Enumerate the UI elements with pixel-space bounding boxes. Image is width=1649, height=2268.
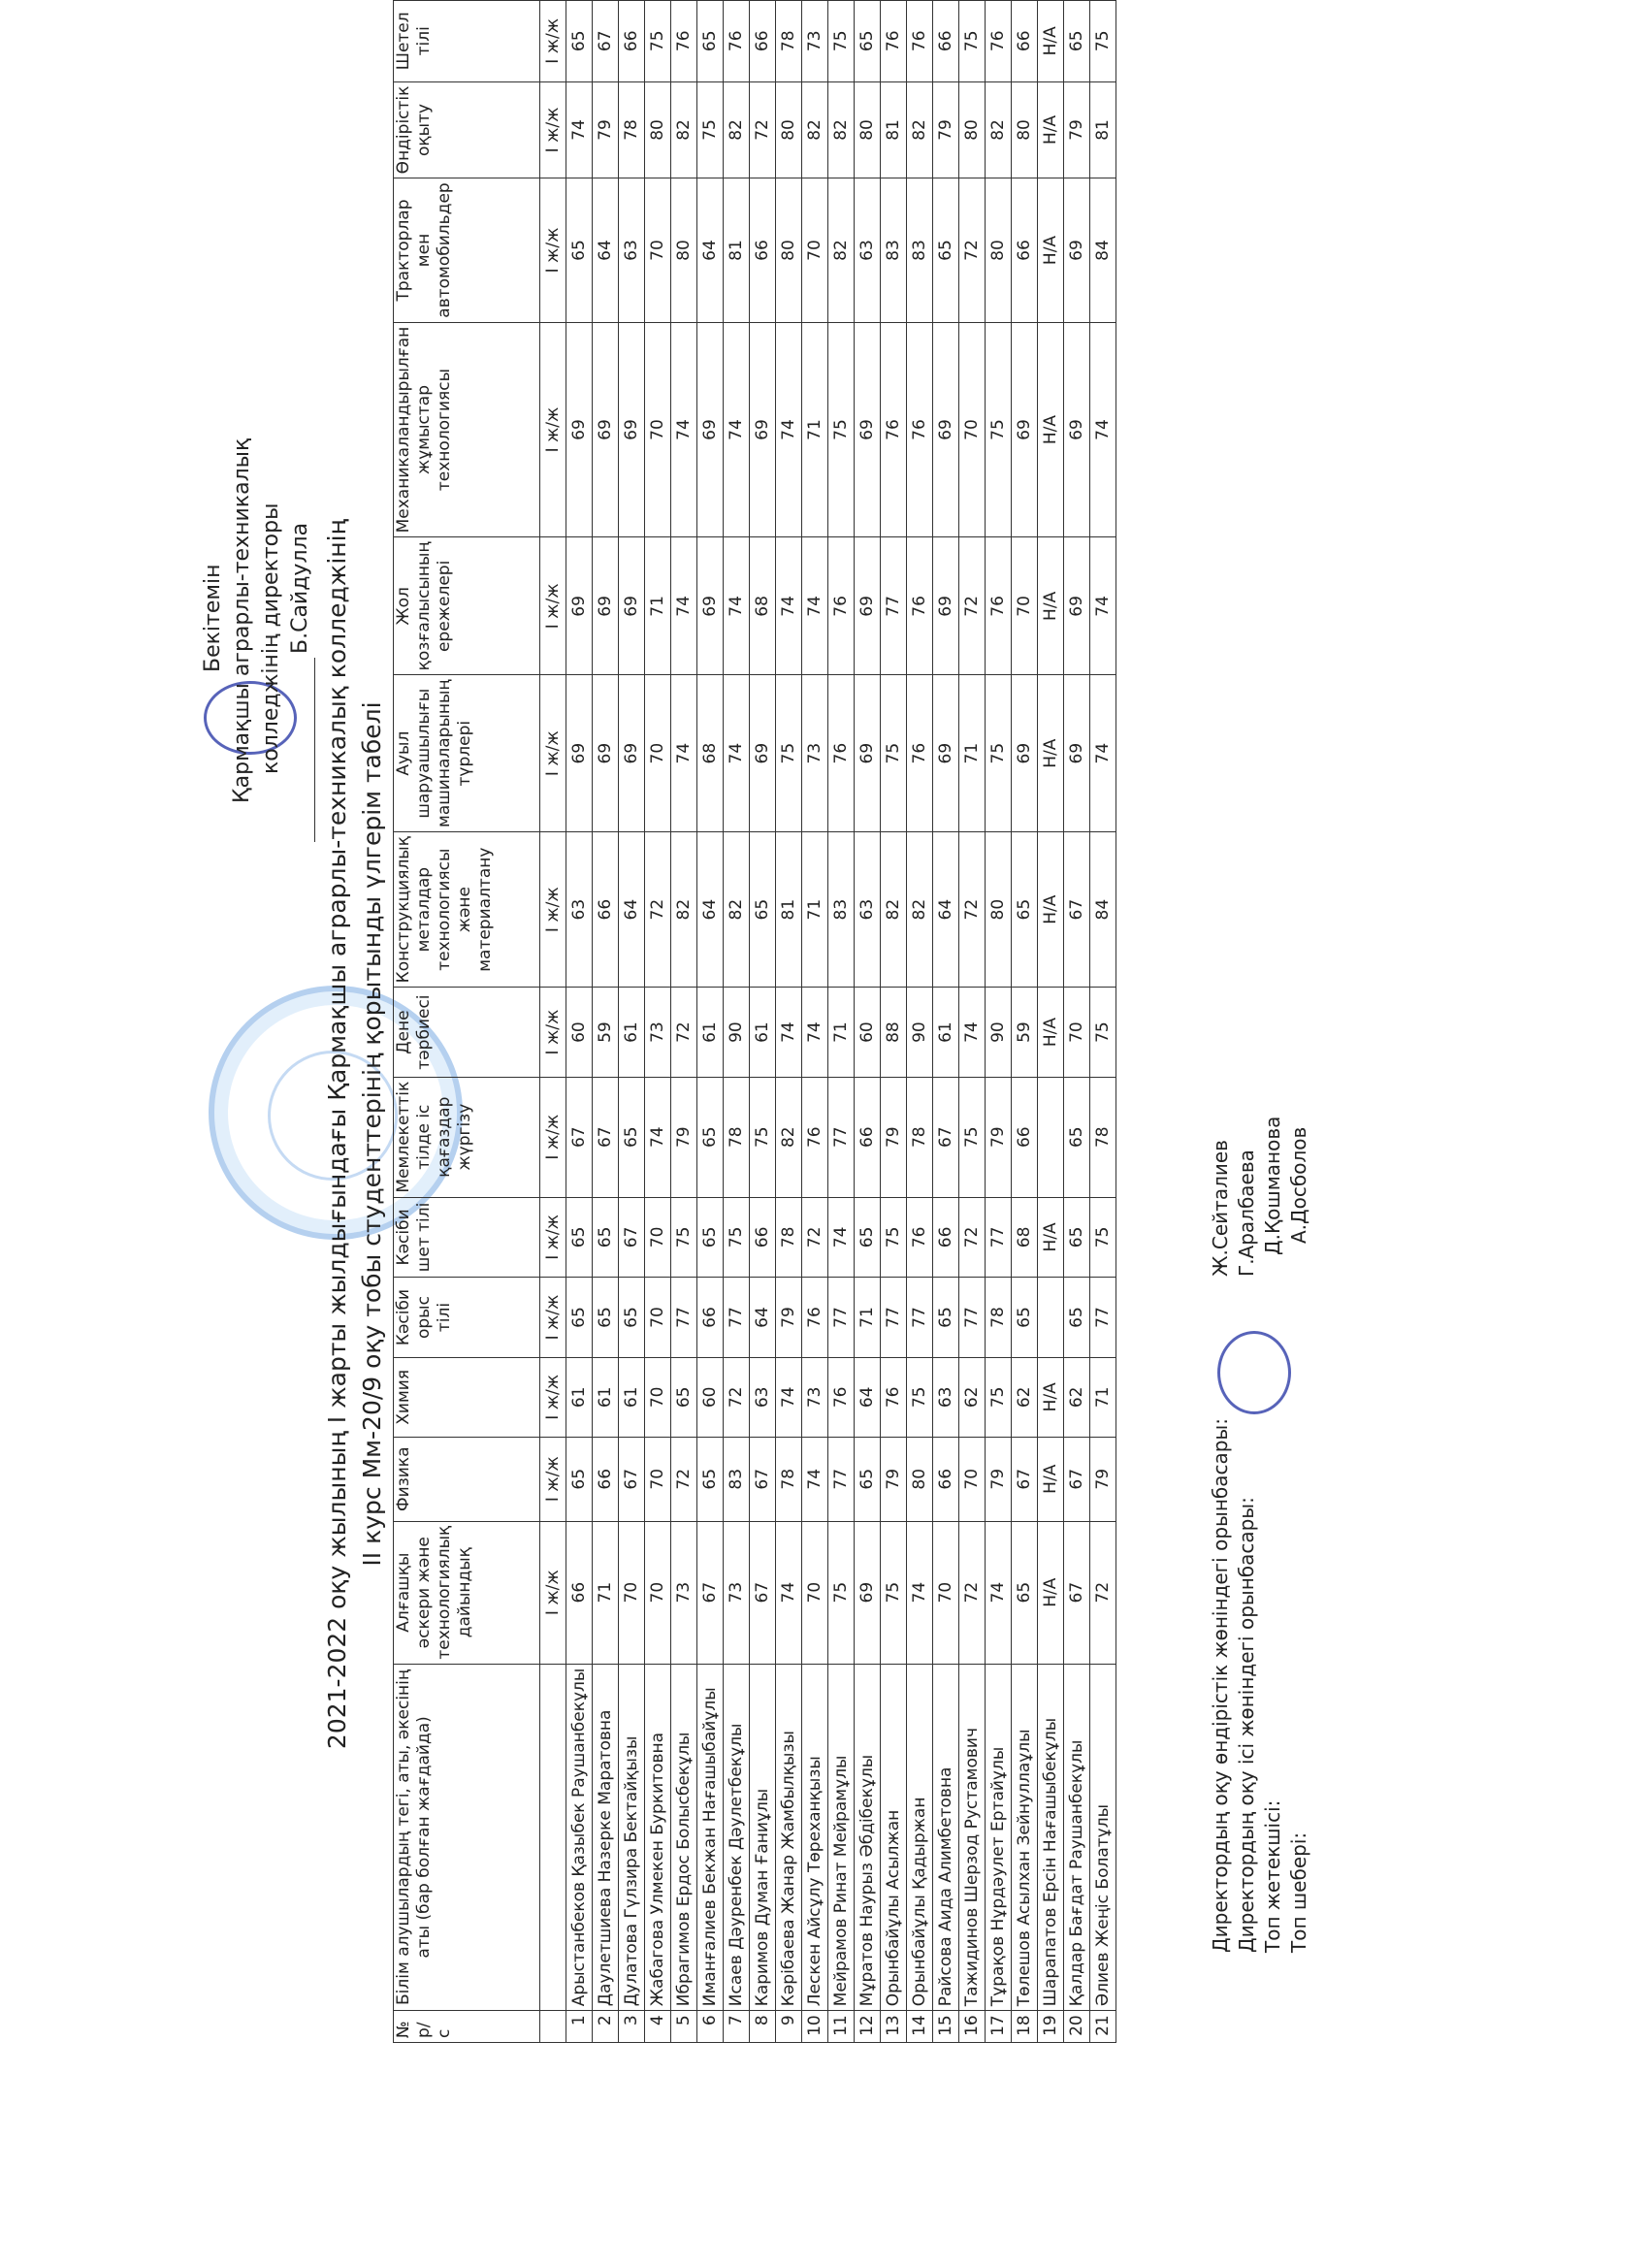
grade-cell: 74 xyxy=(645,1077,671,1197)
subject-header: Конструкциялық металдар технологиясы жән… xyxy=(394,832,540,988)
approval-block: Бекітемін Қармақшы аграрлы-техникалық ко… xyxy=(199,438,315,842)
grade-cell: 73 xyxy=(802,1,828,82)
grade-cell: 75 xyxy=(724,1197,750,1278)
grade-cell: 76 xyxy=(907,537,933,675)
grade-cell: 69 xyxy=(566,675,593,832)
grade-cell: 72 xyxy=(959,178,986,322)
grade-cell: 90 xyxy=(724,988,750,1077)
row-number: 12 xyxy=(855,2011,881,2043)
grade-cell: 70 xyxy=(645,1278,671,1358)
grade-cell: 75 xyxy=(881,675,907,832)
grade-cell: 65 xyxy=(697,1077,724,1197)
grade-cell: 70 xyxy=(959,1437,986,1521)
approval-heading: Бекітемін xyxy=(199,438,228,842)
grade-cell: 60 xyxy=(566,988,593,1077)
grade-cell: 80 xyxy=(986,178,1012,322)
grade-cell: 64 xyxy=(697,832,724,988)
subject-header: Физика xyxy=(394,1437,540,1521)
grade-cell: 59 xyxy=(1012,988,1038,1077)
row-number: 6 xyxy=(697,2011,724,2043)
grade-cell: 74 xyxy=(776,322,802,537)
grade-cell: 67 xyxy=(619,1197,645,1278)
grade-cell: 73 xyxy=(802,1357,828,1437)
grade-cell: 67 xyxy=(750,1521,776,1664)
grade-cell: 69 xyxy=(855,322,881,537)
grade-cell: 78 xyxy=(619,81,645,178)
grade-cell: 70 xyxy=(1012,537,1038,675)
subject-header: Тракторлар мен автомобильдер xyxy=(394,178,540,322)
table-row: 20Қалдар Бағдат Раушанбекұлы676762656565… xyxy=(1064,1,1090,2043)
grade-cell: 64 xyxy=(933,832,959,988)
document-sheet: Бекітемін Қармақшы аграрлы-техникалық ко… xyxy=(0,0,1649,2268)
grade-cell: 69 xyxy=(566,537,593,675)
grade-cell: 74 xyxy=(802,537,828,675)
grade-cell: 65 xyxy=(855,1197,881,1278)
title-line2: II курс Мм-20/9 оқу тобы студенттерінің … xyxy=(355,0,390,2268)
grade-cell: 65 xyxy=(1012,832,1038,988)
student-name: Тұрақов Нұрдәулет Ертайұлы xyxy=(986,1664,1012,2011)
grade-cell: 67 xyxy=(566,1077,593,1197)
grade-cell: 66 xyxy=(750,178,776,322)
grade-cell: 74 xyxy=(959,988,986,1077)
grade-cell: 70 xyxy=(645,1197,671,1278)
grade-cell: Н/А xyxy=(1038,1,1064,82)
grade-cell: 84 xyxy=(1090,832,1116,988)
grade-cell: 61 xyxy=(619,1357,645,1437)
grade-cell: 75 xyxy=(986,1357,1012,1437)
grade-cell: 74 xyxy=(776,1357,802,1437)
footer-role: Топ жетекшісі: xyxy=(1260,1418,1286,1953)
footer-name: Д.Қошманова xyxy=(1260,1117,1286,1277)
grade-cell: Н/А xyxy=(1038,322,1064,537)
grade-cell: 73 xyxy=(802,675,828,832)
grade-cell: 76 xyxy=(986,537,1012,675)
grade-cell: 74 xyxy=(1090,675,1116,832)
grade-cell: 80 xyxy=(671,178,697,322)
row-number: 13 xyxy=(881,2011,907,2043)
grade-cell: Н/А xyxy=(1038,81,1064,178)
row-number: 5 xyxy=(671,2011,697,2043)
grade-cell: 72 xyxy=(671,1437,697,1521)
table-row: 12Мұратов Наурыз Әбдібекұлы6965647165666… xyxy=(855,1,881,2043)
grade-cell: 81 xyxy=(776,832,802,988)
grade-cell: 80 xyxy=(645,81,671,178)
grade-cell: 65 xyxy=(566,1,593,82)
grade-cell: 80 xyxy=(1012,81,1038,178)
grade-cell: 65 xyxy=(750,832,776,988)
grade-period-label: I ж/ж xyxy=(540,537,566,675)
grade-cell: 65 xyxy=(1064,1278,1090,1358)
grade-cell: 69 xyxy=(697,322,724,537)
grade-cell: 63 xyxy=(750,1357,776,1437)
student-name: Каримов Думан Ғаниұлы xyxy=(750,1664,776,2011)
grade-cell: 74 xyxy=(566,81,593,178)
row-number: 7 xyxy=(724,2011,750,2043)
grade-cell: 69 xyxy=(1064,322,1090,537)
grade-cell: 65 xyxy=(593,1197,619,1278)
grade-cell: 74 xyxy=(907,1521,933,1664)
grade-cell xyxy=(1038,1278,1064,1358)
grade-cell: 74 xyxy=(802,988,828,1077)
grade-cell: 65 xyxy=(1064,1,1090,82)
grade-cell: 65 xyxy=(566,1278,593,1358)
table-row: 17Тұрақов Нұрдәулет Ертайұлы747975787779… xyxy=(986,1,1012,2043)
grade-cell: 76 xyxy=(828,1357,855,1437)
grade-cell: 78 xyxy=(776,1197,802,1278)
grade-cell: 80 xyxy=(907,1437,933,1521)
grade-cell: 67 xyxy=(1064,1437,1090,1521)
grade-cell: 61 xyxy=(566,1357,593,1437)
grade-cell: 74 xyxy=(724,537,750,675)
grade-cell: 82 xyxy=(907,832,933,988)
grade-period-label: I ж/ж xyxy=(540,1521,566,1664)
grade-cell: 69 xyxy=(1012,322,1038,537)
grade-cell: 67 xyxy=(750,1437,776,1521)
student-name: Исаев Дәуренбек Дәулетбекұлы xyxy=(724,1664,750,2011)
grade-cell: 77 xyxy=(907,1278,933,1358)
row-number: 1 xyxy=(566,2011,593,2043)
grade-cell: 66 xyxy=(933,1197,959,1278)
student-name: Қалдар Бағдат Раушанбекұлы xyxy=(1064,1664,1090,2011)
grade-cell: 90 xyxy=(986,988,1012,1077)
student-name: Ибрагимов Ердос Болысбекұлы xyxy=(671,1664,697,2011)
grade-cell: 65 xyxy=(671,1357,697,1437)
grade-cell: 74 xyxy=(1090,322,1116,537)
grade-cell: 76 xyxy=(986,1,1012,82)
grade-cell: 65 xyxy=(1012,1278,1038,1358)
grade-cell: 82 xyxy=(907,81,933,178)
grade-cell: 65 xyxy=(697,1437,724,1521)
grade-cell: 71 xyxy=(855,1278,881,1358)
grade-cell: 79 xyxy=(986,1437,1012,1521)
grade-cell: 75 xyxy=(671,1197,697,1278)
grade-cell: 72 xyxy=(724,1357,750,1437)
row-number: 9 xyxy=(776,2011,802,2043)
grade-cell: 77 xyxy=(828,1278,855,1358)
subject-header: Ауыл шаруашылығы машиналарының түрлері xyxy=(394,675,540,832)
student-name: Райсова Аида Алимбетовна xyxy=(933,1664,959,2011)
student-name: Төлешов Асылхан Зейнуллаұлы xyxy=(1012,1664,1038,2011)
student-name: Жабагова Улмекен Буркитовна xyxy=(645,1664,671,2011)
grade-cell: 71 xyxy=(802,322,828,537)
grade-cell: 70 xyxy=(933,1521,959,1664)
grade-cell: 75 xyxy=(986,322,1012,537)
grade-cell: 65 xyxy=(697,1197,724,1278)
grade-cell: 82 xyxy=(724,81,750,178)
table-row: 7Исаев Дәуренбек Дәулетбекұлы73837277757… xyxy=(724,1,750,2043)
grade-cell: 75 xyxy=(907,1357,933,1437)
table-row: 1Арыстанбеков Қазыбек Раушанбекұлы666561… xyxy=(566,1,593,2043)
subject-header: Өндірістік оқыту xyxy=(394,81,540,178)
approval-line2: колледжінің директоры xyxy=(257,438,286,842)
grade-cell: 74 xyxy=(776,988,802,1077)
row-number: 8 xyxy=(750,2011,776,2043)
grade-cell: 80 xyxy=(986,832,1012,988)
grade-cell: 66 xyxy=(855,1077,881,1197)
name-header: Білім алушылардың тегі, аты, әкесінің ат… xyxy=(394,1664,540,2011)
grade-cell: 76 xyxy=(671,1,697,82)
grade-cell: 74 xyxy=(802,1437,828,1521)
grade-cell: 67 xyxy=(1064,832,1090,988)
grade-cell: 69 xyxy=(933,537,959,675)
grade-cell: 74 xyxy=(986,1521,1012,1664)
grade-cell: 74 xyxy=(671,537,697,675)
grade-cell: 78 xyxy=(1090,1077,1116,1197)
grade-cell: 90 xyxy=(907,988,933,1077)
grade-cell: 64 xyxy=(750,1278,776,1358)
grade-cell: Н/А xyxy=(1038,1197,1064,1278)
grade-cell: 75 xyxy=(1090,988,1116,1077)
grade-period-label: I ж/ж xyxy=(540,988,566,1077)
table-row: 10Лескен Айсұлу Төреханқызы7074737672767… xyxy=(802,1,828,2043)
grade-cell: 68 xyxy=(697,675,724,832)
grade-cell: 73 xyxy=(671,1521,697,1664)
grades-table: № р/с Білім алушылардың тегі, аты, әкесі… xyxy=(393,0,1116,2043)
grade-cell: 74 xyxy=(776,1521,802,1664)
grade-cell: 79 xyxy=(1090,1437,1116,1521)
student-name: Мұратов Наурыз Әбдібекұлы xyxy=(855,1664,881,2011)
page-title: 2021-2022 оқу жылының I жарты жылдығында… xyxy=(320,0,390,2268)
grade-cell: 71 xyxy=(593,1521,619,1664)
grade-cell: 65 xyxy=(855,1437,881,1521)
grade-cell: 83 xyxy=(881,178,907,322)
grade-cell: 64 xyxy=(855,1357,881,1437)
student-name: Арыстанбеков Қазыбек Раушанбекұлы xyxy=(566,1664,593,2011)
grade-cell: 69 xyxy=(593,322,619,537)
table-row: 13Орынбайұлы Асылжан75797677757988827577… xyxy=(881,1,907,2043)
grade-cell: Н/А xyxy=(1038,178,1064,322)
grade-cell: 82 xyxy=(776,1077,802,1197)
grade-period-label: I ж/ж xyxy=(540,1197,566,1278)
grade-cell: 61 xyxy=(933,988,959,1077)
grade-cell xyxy=(1038,1077,1064,1197)
grade-cell: 79 xyxy=(776,1278,802,1358)
num-header: № р/с xyxy=(394,2011,540,2043)
grade-cell: 67 xyxy=(1012,1437,1038,1521)
grade-cell: 70 xyxy=(802,1521,828,1664)
grade-cell: Н/А xyxy=(1038,1357,1064,1437)
grade-cell: 63 xyxy=(855,832,881,988)
grade-cell: 67 xyxy=(593,1077,619,1197)
grade-cell: 76 xyxy=(828,675,855,832)
grade-cell: 75 xyxy=(645,1,671,82)
grade-cell: 76 xyxy=(881,1,907,82)
grade-cell: 76 xyxy=(724,1,750,82)
row-number: 20 xyxy=(1064,2011,1090,2043)
signature-line xyxy=(314,658,315,842)
grade-cell: 83 xyxy=(907,178,933,322)
grade-cell: 69 xyxy=(855,675,881,832)
row-number: 18 xyxy=(1012,2011,1038,2043)
grade-cell: 78 xyxy=(776,1437,802,1521)
grade-cell: 76 xyxy=(907,675,933,832)
grade-cell: 69 xyxy=(619,675,645,832)
row-number: 19 xyxy=(1038,2011,1064,2043)
row-number: 21 xyxy=(1090,2011,1116,2043)
student-name: Орынбайұлы Асылжан xyxy=(881,1664,907,2011)
grade-cell: 75 xyxy=(986,675,1012,832)
grade-cell: 77 xyxy=(881,1278,907,1358)
row-number: 17 xyxy=(986,2011,1012,2043)
grade-cell: 71 xyxy=(828,988,855,1077)
grade-cell: 65 xyxy=(566,178,593,322)
grade-cell: 66 xyxy=(593,1437,619,1521)
grade-cell: 69 xyxy=(697,537,724,675)
student-name: Даулетшиева Назерке Маратовна xyxy=(593,1664,619,2011)
approval-line1: Қармақшы аграрлы-техникалық xyxy=(228,438,257,842)
grade-cell: 80 xyxy=(959,81,986,178)
grade-cell: 76 xyxy=(802,1278,828,1358)
grade-cell: 71 xyxy=(645,537,671,675)
subject-header: Механикаландырылған жұмыстар технологияс… xyxy=(394,322,540,537)
grade-cell: 73 xyxy=(645,988,671,1077)
grade-cell: 66 xyxy=(1012,1,1038,82)
footer-role: Директордың оқу өндірістік жөніндегі оры… xyxy=(1208,1418,1234,1953)
grade-period-label: I ж/ж xyxy=(540,178,566,322)
grade-cell: 82 xyxy=(828,178,855,322)
grade-cell: 70 xyxy=(645,1437,671,1521)
grade-cell: 63 xyxy=(933,1357,959,1437)
grade-cell: 75 xyxy=(828,322,855,537)
grade-cell: 65 xyxy=(855,1,881,82)
grade-cell: 72 xyxy=(645,832,671,988)
grade-cell: 81 xyxy=(724,178,750,322)
grade-cell: 69 xyxy=(1064,675,1090,832)
grade-cell: 61 xyxy=(750,988,776,1077)
footer-roles: Директордың оқу өндірістік жөніндегі оры… xyxy=(1208,1418,1312,1953)
grade-cell: 68 xyxy=(1012,1197,1038,1278)
grade-cell: 65 xyxy=(593,1278,619,1358)
student-name: Әлиев Жеңіс Болатұлы xyxy=(1090,1664,1116,2011)
subject-header: Мемлекеттік тілде іс қағаздар жүргізу xyxy=(394,1077,540,1197)
grade-period-label: I ж/ж xyxy=(540,1437,566,1521)
grade-cell: 71 xyxy=(802,832,828,988)
grade-cell: 59 xyxy=(593,988,619,1077)
table-row: 14Орынбайұлы Қадыржан7480757776789082767… xyxy=(907,1,933,2043)
grade-cell: 74 xyxy=(671,675,697,832)
grade-period-label: I ж/ж xyxy=(540,1357,566,1437)
grade-cell: 72 xyxy=(671,988,697,1077)
grade-cell: 76 xyxy=(907,322,933,537)
grade-cell: 75 xyxy=(1090,1197,1116,1278)
grade-cell: 71 xyxy=(1090,1357,1116,1437)
grade-cell: 69 xyxy=(933,322,959,537)
student-name: Дулатова Гүлзира Бектайқызы xyxy=(619,1664,645,2011)
grade-cell: 65 xyxy=(566,1437,593,1521)
grade-cell: Н/А xyxy=(1038,675,1064,832)
grade-cell: 76 xyxy=(828,537,855,675)
grade-cell: 69 xyxy=(933,675,959,832)
grade-period-label: I ж/ж xyxy=(540,832,566,988)
table-row: 2Даулетшиева Назерке Маратовна7166616565… xyxy=(593,1,619,2043)
grade-cell: 69 xyxy=(750,322,776,537)
grade-cell: 76 xyxy=(881,322,907,537)
grade-cell: 75 xyxy=(959,1,986,82)
row-number: 16 xyxy=(959,2011,986,2043)
grade-cell: 72 xyxy=(959,1197,986,1278)
grade-cell: Н/А xyxy=(1038,988,1064,1077)
footer-name: А.Досболов xyxy=(1286,1117,1312,1277)
grade-cell: 75 xyxy=(828,1521,855,1664)
grade-cell: 69 xyxy=(619,322,645,537)
subheader-empty xyxy=(540,1664,566,2011)
grade-cell: 61 xyxy=(619,988,645,1077)
grade-cell: 77 xyxy=(828,1077,855,1197)
grade-cell: 74 xyxy=(828,1197,855,1278)
grade-cell: 67 xyxy=(1064,1521,1090,1664)
grade-cell: 65 xyxy=(619,1077,645,1197)
row-number: 15 xyxy=(933,2011,959,2043)
grade-cell: 61 xyxy=(697,988,724,1077)
grade-cell: 62 xyxy=(1064,1357,1090,1437)
grade-cell: 70 xyxy=(645,1521,671,1664)
grade-cell: 78 xyxy=(724,1077,750,1197)
grade-cell: 72 xyxy=(1090,1521,1116,1664)
grade-cell: 74 xyxy=(671,322,697,537)
grade-cell: 77 xyxy=(959,1278,986,1358)
grade-cell: 69 xyxy=(619,537,645,675)
grade-cell: 70 xyxy=(645,178,671,322)
grade-cell: 79 xyxy=(1064,81,1090,178)
grade-cell: 88 xyxy=(881,988,907,1077)
grade-cell: 66 xyxy=(1012,1077,1038,1197)
grade-cell: 64 xyxy=(697,178,724,322)
grade-cell: 60 xyxy=(697,1357,724,1437)
grade-cell: 75 xyxy=(828,1,855,82)
grade-cell: 65 xyxy=(1064,1077,1090,1197)
student-name: Шарапатов Ерсін Нағашыбекұлы xyxy=(1038,1664,1064,2011)
grade-cell: 82 xyxy=(724,832,750,988)
grade-period-label: I ж/ж xyxy=(540,1278,566,1358)
grade-cell: 67 xyxy=(619,1437,645,1521)
grade-cell: 72 xyxy=(959,537,986,675)
grade-cell: 69 xyxy=(750,675,776,832)
grade-cell: 67 xyxy=(697,1521,724,1664)
grade-cell: 70 xyxy=(619,1521,645,1664)
table-row: 16Тажидинов Шерзод Рустамович72706277727… xyxy=(959,1,986,2043)
grade-cell: 79 xyxy=(881,1077,907,1197)
row-number: 3 xyxy=(619,2011,645,2043)
student-name: Кәрібаева Жанар Жамбылқызы xyxy=(776,1664,802,2011)
grade-cell: 65 xyxy=(697,1,724,82)
grade-cell: 82 xyxy=(986,81,1012,178)
grade-cell: 63 xyxy=(855,178,881,322)
grade-cell: 69 xyxy=(593,537,619,675)
grade-cell: Н/А xyxy=(1038,1521,1064,1664)
grade-cell: 68 xyxy=(750,537,776,675)
grade-cell: 66 xyxy=(566,1521,593,1664)
grade-cell: Н/А xyxy=(1038,1437,1064,1521)
subheader-empty xyxy=(540,2011,566,2043)
grade-cell: 70 xyxy=(959,322,986,537)
table-row: 21Әлиев Жеңіс Болатұлы727971777578758474… xyxy=(1090,1,1116,2043)
grade-cell: 66 xyxy=(593,832,619,988)
grade-cell: 76 xyxy=(907,1197,933,1278)
grade-cell: 70 xyxy=(645,322,671,537)
grade-cell: 76 xyxy=(802,1077,828,1197)
grade-cell: 78 xyxy=(907,1077,933,1197)
subject-header: Жол қозғалысының ережелері xyxy=(394,537,540,675)
footer-role: Топ шебері: xyxy=(1286,1418,1312,1953)
grade-cell: 82 xyxy=(881,832,907,988)
grade-cell: 77 xyxy=(1090,1278,1116,1358)
grade-cell: 76 xyxy=(881,1357,907,1437)
grade-cell: 65 xyxy=(933,1278,959,1358)
grade-cell: 66 xyxy=(933,1,959,82)
grade-cell: 69 xyxy=(566,322,593,537)
grade-cell: 60 xyxy=(855,988,881,1077)
grade-cell: 64 xyxy=(593,178,619,322)
